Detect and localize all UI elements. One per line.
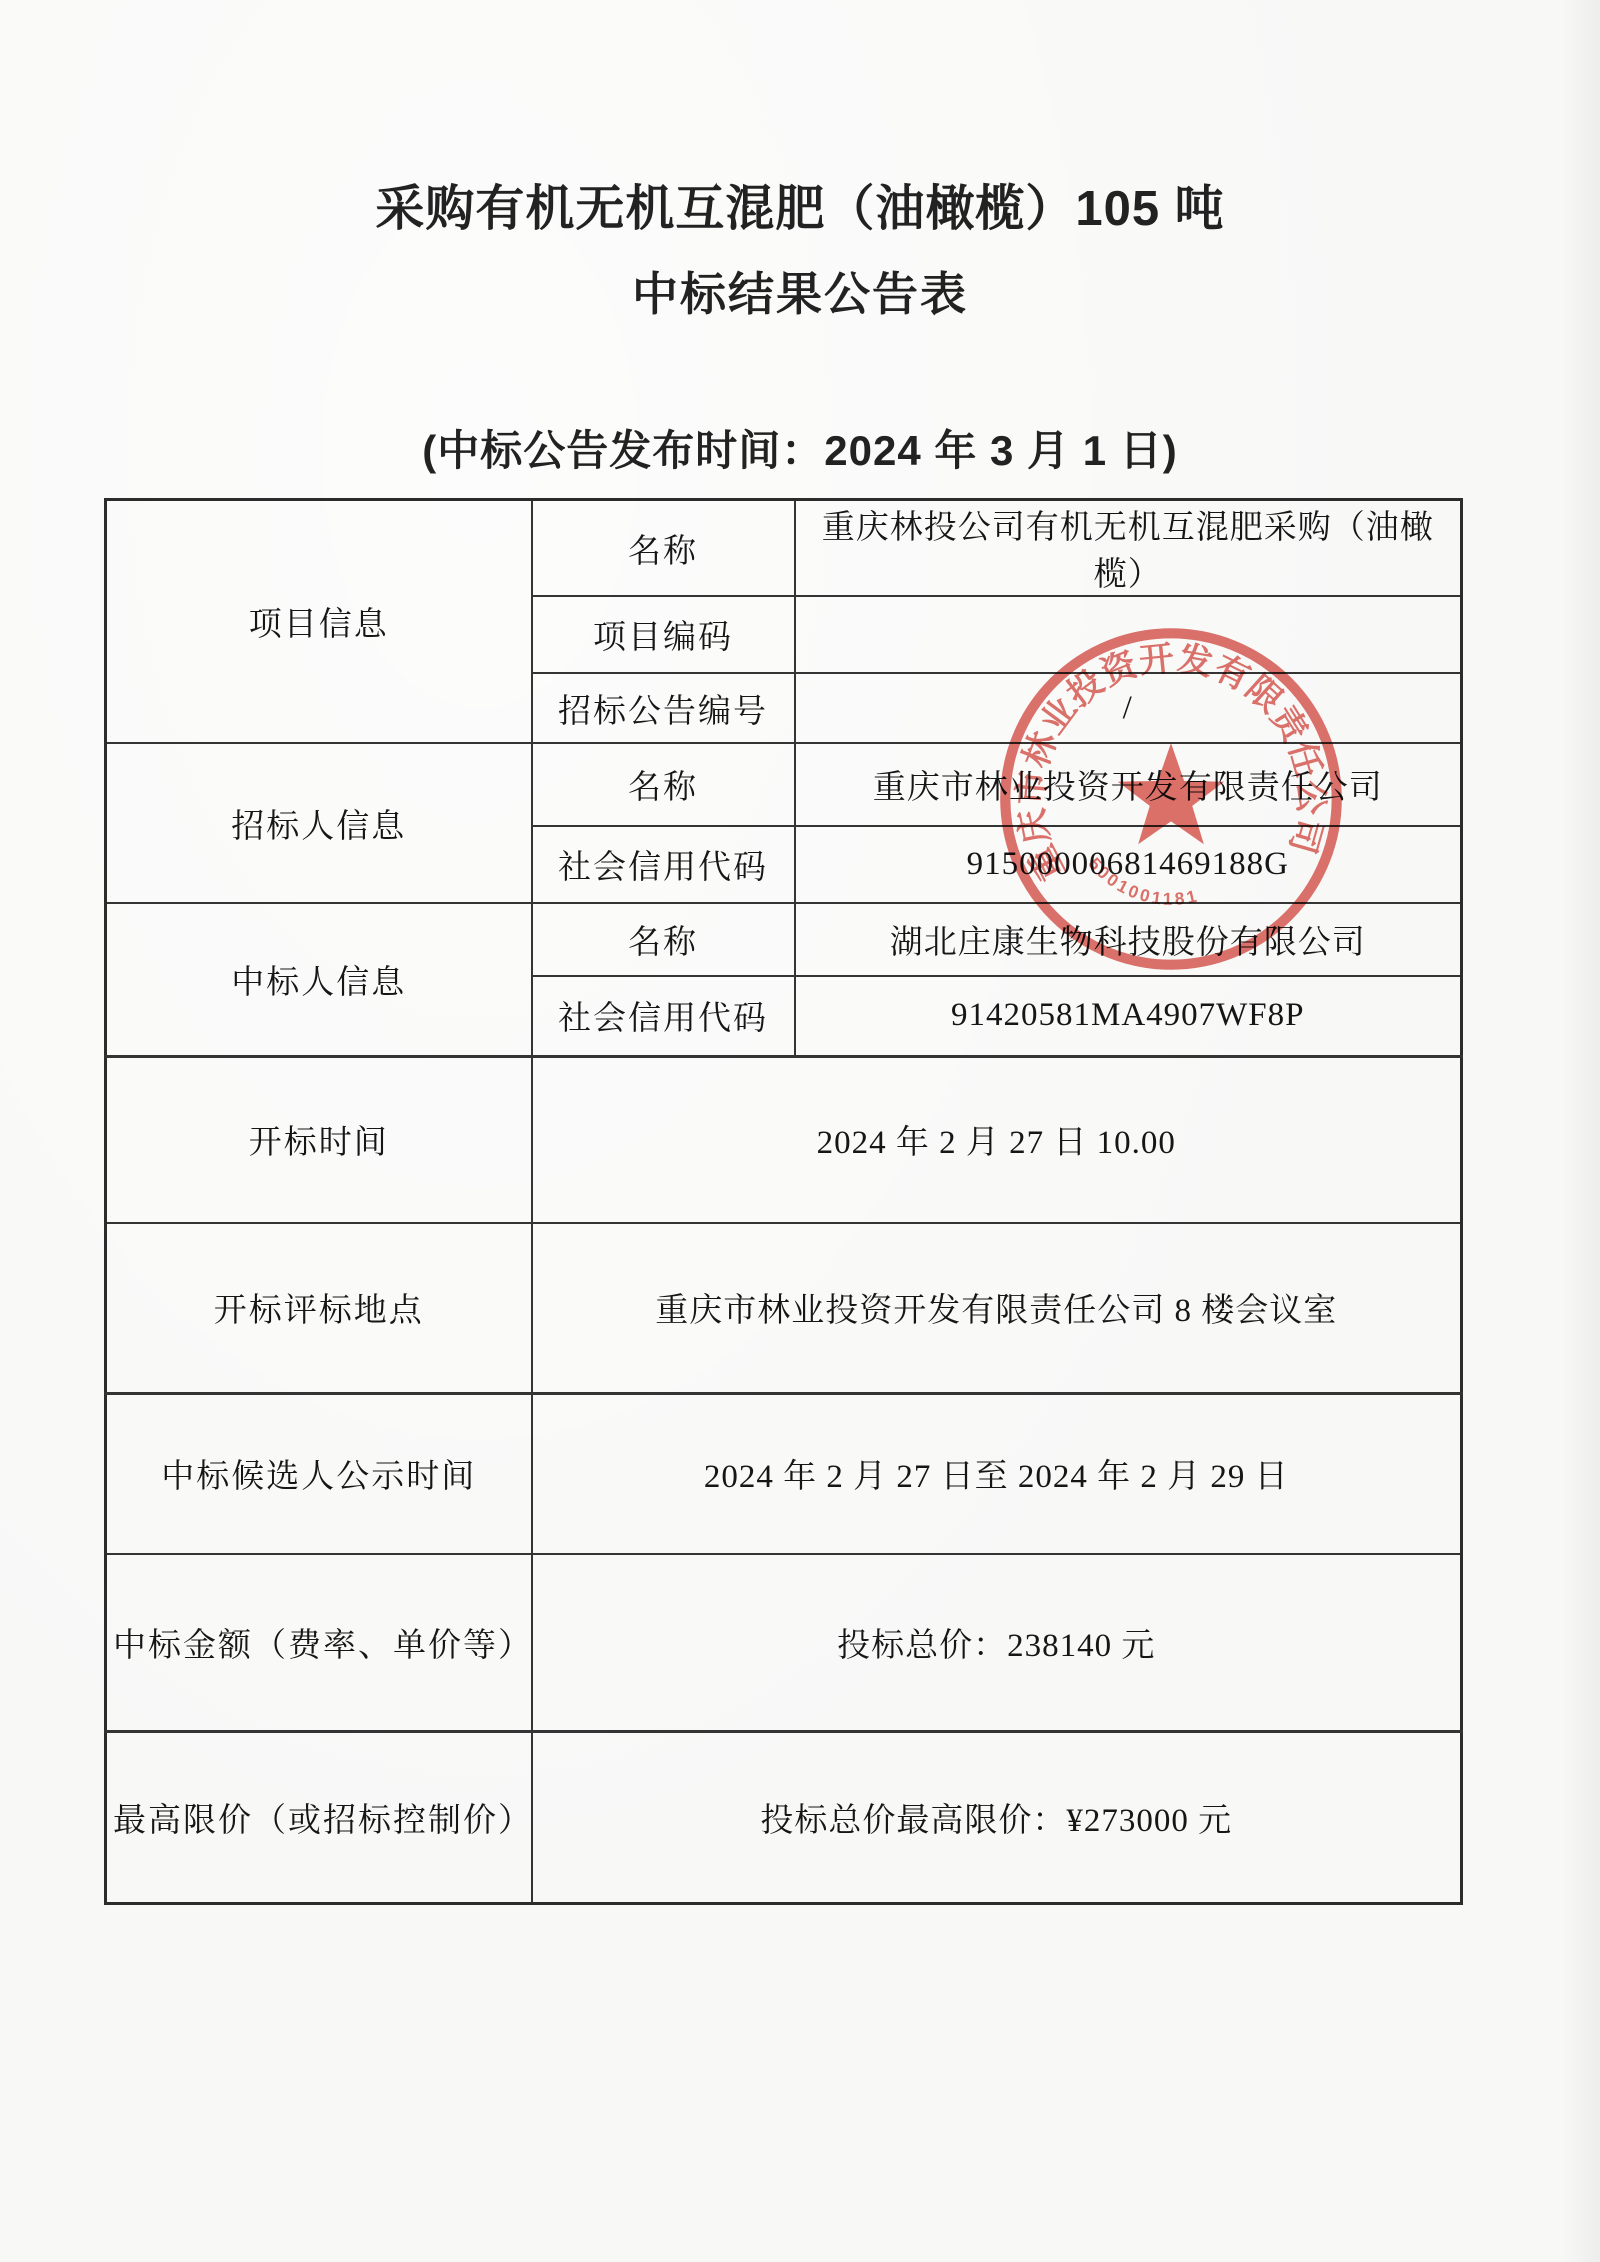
field-label-tenderer-name: 名称	[532, 743, 795, 826]
row-value-max-price-limit: 投标总价最高限价：¥273000 元	[532, 1731, 1462, 1903]
bid-result-table: 项目信息 名称 重庆林投公司有机无机互混肥采购（油橄榄） 项目编码 招标公告编号…	[104, 498, 1463, 1905]
row-label-bid-opening-time: 开标时间	[106, 1056, 532, 1223]
field-value-tenderer-credit-code: 91500000681469188G	[795, 826, 1462, 903]
field-label-project-code: 项目编码	[532, 596, 795, 673]
section-label-tenderer-info: 招标人信息	[106, 743, 532, 903]
document-title-line2: 中标结果公告表	[0, 258, 1600, 324]
field-value-project-name: 重庆林投公司有机无机互混肥采购（油橄榄）	[795, 500, 1462, 597]
field-label-name: 名称	[532, 500, 795, 597]
field-value-project-code	[795, 596, 1462, 673]
section-label-project-info: 项目信息	[106, 500, 532, 744]
scanned-document-page: 采购有机无机互混肥（油橄榄）105 吨 中标结果公告表 (中标公告发布时间：20…	[0, 0, 1600, 2262]
row-label-bid-opening-place: 开标评标地点	[106, 1223, 532, 1393]
field-value-winner-credit-code: 91420581MA4907WF8P	[795, 976, 1462, 1056]
field-value-tenderer-name: 重庆市林业投资开发有限责任公司	[795, 743, 1462, 826]
row-value-winning-amount: 投标总价：238140 元	[532, 1554, 1462, 1731]
field-label-tender-notice-no: 招标公告编号	[532, 673, 795, 743]
field-label-winner-name: 名称	[532, 903, 795, 976]
row-label-candidate-publicity-period: 中标候选人公示时间	[106, 1393, 532, 1554]
row-label-winning-amount: 中标金额（费率、单价等）	[106, 1554, 532, 1731]
field-label-winner-credit-code: 社会信用代码	[532, 976, 795, 1056]
publish-time-line: (中标公告发布时间：2024 年 3 月 1 日)	[0, 418, 1600, 478]
row-value-bid-opening-place: 重庆市林业投资开发有限责任公司 8 楼会议室	[532, 1223, 1462, 1393]
row-value-bid-opening-time: 2024 年 2 月 27 日 10.00	[532, 1056, 1462, 1223]
row-label-max-price-limit: 最高限价（或招标控制价）	[106, 1731, 532, 1903]
document-title-line1: 采购有机无机互混肥（油橄榄）105 吨	[0, 170, 1600, 240]
row-value-candidate-publicity-period: 2024 年 2 月 27 日至 2024 年 2 月 29 日	[532, 1393, 1462, 1554]
field-label-tenderer-credit-code: 社会信用代码	[532, 826, 795, 903]
field-value-winner-name: 湖北庄康生物科技股份有限公司	[795, 903, 1462, 976]
field-value-tender-notice-no: /	[795, 673, 1462, 743]
section-label-winner-info: 中标人信息	[106, 903, 532, 1056]
